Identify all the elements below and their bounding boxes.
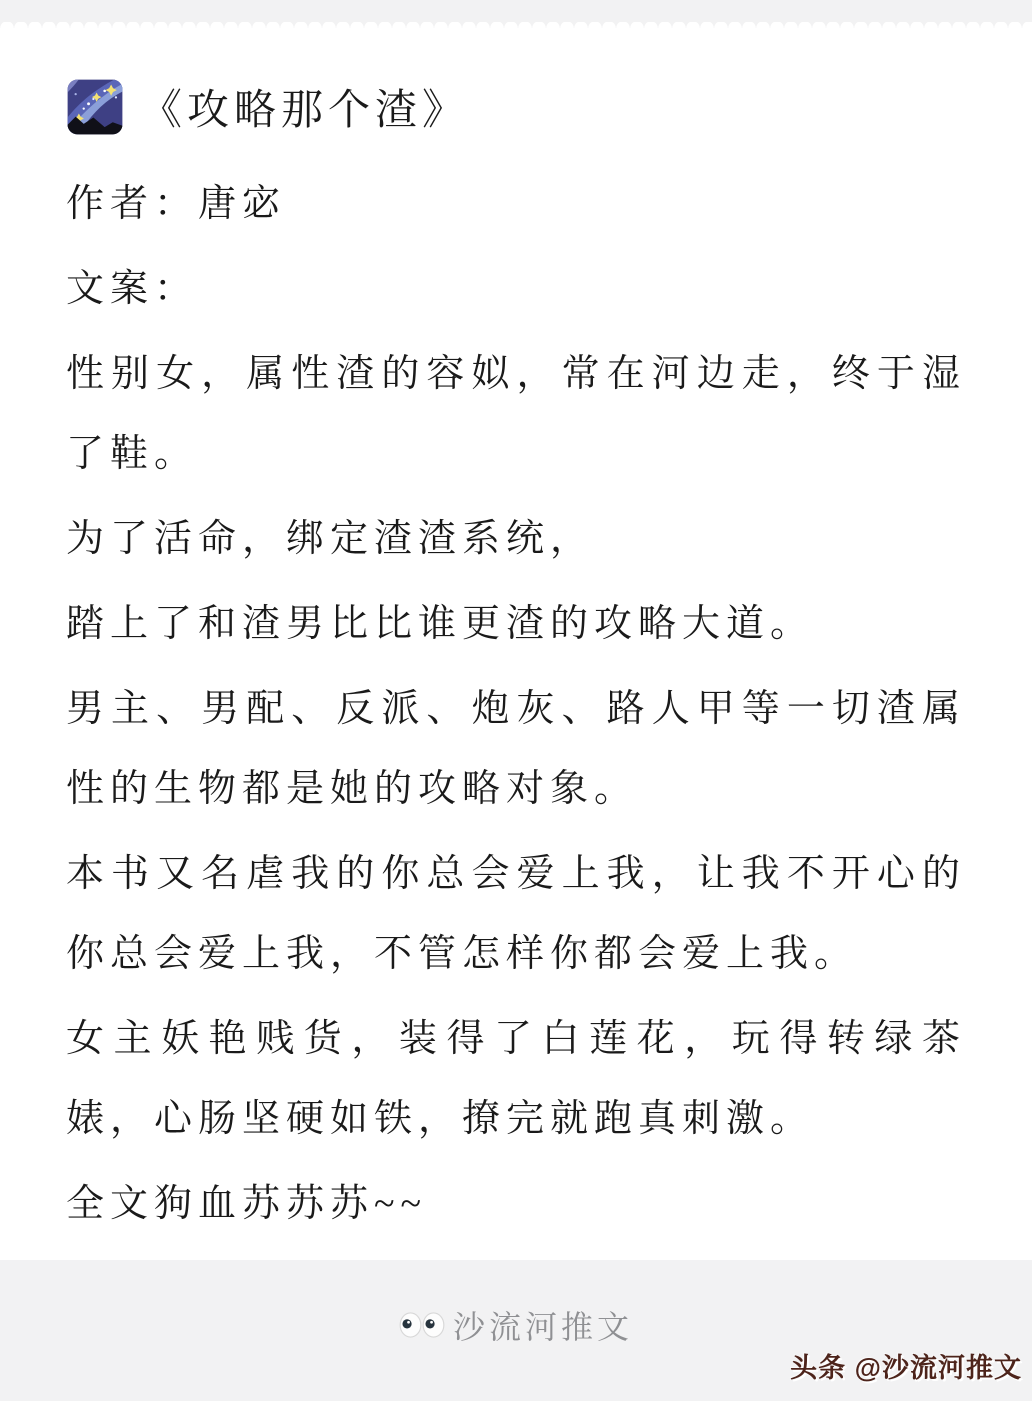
synopsis-paragraphs: 性别女，属性渣的容姒，常在河边走，终于湿了鞋。 为了活命，绑定渣渣系统， 踏上了… — [66, 334, 966, 1244]
synopsis-paragraph: 男主、男配、反派、炮灰、路人甲等一切渣属性的生物都是她的攻略对象。 — [66, 669, 966, 829]
synopsis-paragraph: 为了活命，绑定渣渣系统， — [66, 499, 966, 579]
synopsis-paragraph: 本书又名虐我的你总会爱上我，让我不开心的你总会爱上我，不管怎样你都会爱上我。 — [66, 834, 966, 994]
synopsis-paragraph: 踏上了和渣男比比谁更渣的攻略大道。 — [66, 584, 966, 664]
paper-card: 《攻略那个渣》 作者：唐宓 文案： 性别女，属性渣的容姒，常在河边走，终于湿了鞋… — [0, 28, 1032, 1260]
center-watermark: 沙流河推文 — [0, 1302, 1032, 1348]
toutiao-watermark: 头条 @沙流河推文 — [790, 1346, 1022, 1385]
post-card: 《攻略那个渣》 作者：唐宓 文案： 性别女，属性渣的容姒，常在河边走，终于湿了鞋… — [0, 0, 1032, 1401]
synopsis-paragraph: 女主妖艳贱货，装得了白莲花，玩得转绿茶婊，心肠坚硬如铁，撩完就跑真刺激。 — [66, 999, 966, 1159]
synopsis-paragraph: 性别女，属性渣的容姒，常在河边走，终于湿了鞋。 — [66, 334, 966, 494]
center-watermark-text: 沙流河推文 — [453, 1302, 633, 1348]
eyes-icon — [399, 1312, 445, 1338]
book-title: 《攻略那个渣》 — [140, 77, 469, 137]
synopsis-label: 文案： — [66, 249, 966, 329]
footer-background: 沙流河推文 头条 @沙流河推文 — [0, 1260, 1032, 1401]
milky-way-icon — [66, 78, 124, 136]
title-row: 《攻略那个渣》 — [66, 76, 966, 138]
author-line: 作者：唐宓 — [66, 164, 966, 244]
synopsis-block: 作者：唐宓 文案： 性别女，属性渣的容姒，常在河边走，终于湿了鞋。 为了活命，绑… — [66, 164, 966, 1244]
synopsis-paragraph: 全文狗血苏苏苏~~ — [66, 1164, 966, 1244]
